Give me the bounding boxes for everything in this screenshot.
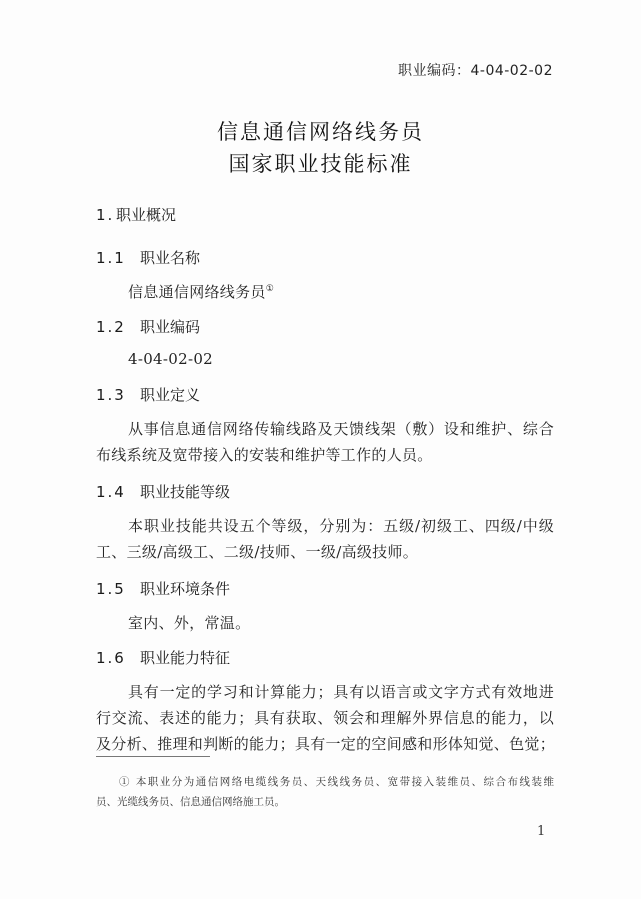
occupation-code-header: 职业编码：4-04-02-02 (398, 60, 553, 80)
document-page: 职业编码：4-04-02-02 信息通信网络线务员 国家职业技能标准 1.职业概… (0, 0, 641, 899)
section-title: 职业定义 (140, 386, 200, 404)
section-number: 1.5 (96, 580, 140, 598)
section-title: 职业概况 (116, 206, 176, 224)
definition-line-2: 布线系统及宽带接入的安装和维护等工作的人员。 (96, 444, 554, 465)
section-heading-1-1: 1.1职业名称 (96, 247, 200, 268)
ability-line-3: 及分析、推理和判断的能力；具有一定的空间感和形体知觉、色觉； (96, 733, 554, 754)
section-heading-1-6: 1.6职业能力特征 (96, 647, 230, 668)
ability-line-2: 行交流、表述的能力；具有获取、领会和理解外界信息的能力，以 (96, 707, 554, 728)
section-number: 1. (96, 206, 116, 224)
section-number: 1.1 (96, 249, 140, 267)
occupation-name-text: 信息通信网络线务员 (128, 283, 266, 301)
footnote-line-1: ① 本职业分为通信网络电缆线务员、天线线务员、宽带接入装维员、综合布线装维 (119, 774, 554, 789)
section-heading-1-2: 1.2职业编码 (96, 316, 200, 337)
section-number: 1.6 (96, 649, 140, 667)
section-title: 职业名称 (140, 249, 200, 267)
section-number: 1.2 (96, 318, 140, 336)
footnote-line-2: 员、光缆线务员、信息通信网络施工员。 (96, 794, 554, 809)
section-number: 1.4 (96, 483, 140, 501)
page-number: 1 (537, 824, 545, 839)
section-title: 职业技能等级 (140, 483, 230, 501)
section-heading-1-4: 1.4职业技能等级 (96, 481, 230, 502)
environment-conditions: 室内、外，常温。 (128, 612, 586, 633)
footnote-reference[interactable]: ① (266, 284, 274, 294)
document-title-line2: 国家职业技能标准 (0, 148, 641, 178)
section-number: 1.3 (96, 386, 140, 404)
definition-line-1: 从事信息通信网络传输线路及天馈线架（敷）设和维护、综合 (128, 418, 554, 439)
section-title: 职业编码 (140, 318, 200, 336)
footnote-divider (96, 756, 210, 757)
section-title: 职业环境条件 (140, 580, 230, 598)
section-heading-1-5: 1.5职业环境条件 (96, 578, 230, 599)
section-heading-1: 1.职业概况 (96, 204, 176, 225)
ability-line-1: 具有一定的学习和计算能力；具有以语言或文字方式有效地进 (128, 681, 554, 702)
section-title: 职业能力特征 (140, 649, 230, 667)
skill-levels-line-2: 工、三级/高级工、二级/技师、一级/高级技师。 (96, 541, 554, 562)
occupation-name: 信息通信网络线务员① (128, 281, 586, 302)
section-heading-1-3: 1.3职业定义 (96, 384, 200, 405)
skill-levels-line-1: 本职业技能共设五个等级，分别为：五级/初级工、四级/中级 (128, 515, 554, 536)
document-title-line1: 信息通信网络线务员 (0, 116, 641, 146)
occupation-code-body: 4-04-02-02 (128, 350, 586, 368)
